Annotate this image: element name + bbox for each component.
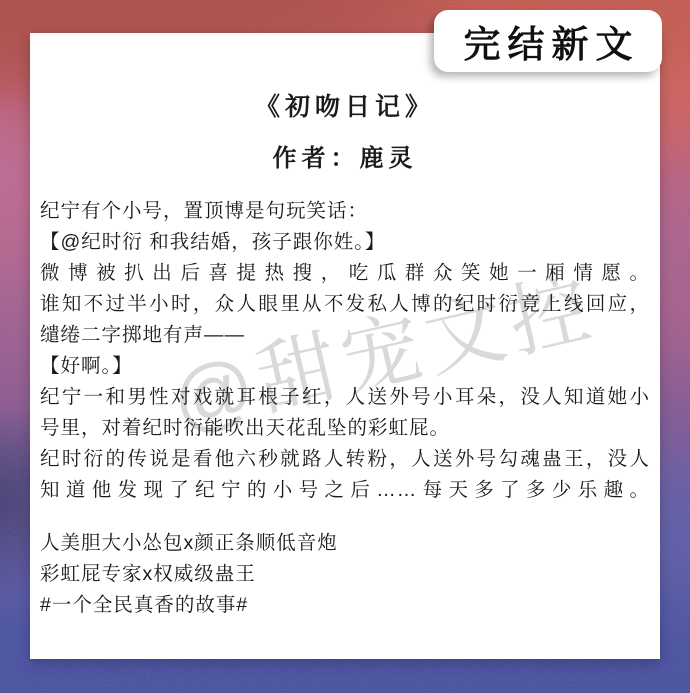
body-line: 谁知不过半小时，众人眼里从不发私人博的纪时衍竟上线回应， xyxy=(40,289,650,320)
body-line: 纪时衍的传说是看他六秒就路人转粉，人送外号勾魂蛊王，没人 xyxy=(40,444,650,475)
status-badge: 完结新文 xyxy=(434,10,662,72)
body-line: 纪宁一和男性对戏就耳根子红，人送外号小耳朵，没人知道她小 xyxy=(40,382,650,413)
tag-lines: 人美胆大小怂包x颜正条顺低音炮彩虹屁专家x权威级蛊王#一个全民真香的故事# xyxy=(40,528,650,621)
body-line: 知道他发现了纪宁的小号之后……每天多了多少乐趣。 xyxy=(40,475,650,506)
body-text: 纪宁有个小号，置顶博是句玩笑话：【@纪时衍 和我结婚，孩子跟你姓。】微博被扒出后… xyxy=(40,196,650,506)
body-line: 号里，对着纪时衍能吹出天花乱坠的彩虹屁。 xyxy=(40,413,650,444)
body-line: 【@纪时衍 和我结婚，孩子跟你姓。】 xyxy=(40,227,650,258)
tag-line: 人美胆大小怂包x颜正条顺低音炮 xyxy=(40,528,650,559)
book-author: 作者：鹿灵 xyxy=(40,138,650,173)
body-line: 【好啊。】 xyxy=(40,351,650,382)
story-card-content: 《初吻日记》 作者：鹿灵 纪宁有个小号，置顶博是句玩笑话：【@纪时衍 和我结婚，… xyxy=(30,33,660,659)
story-card: @甜宠文控 《初吻日记》 作者：鹿灵 纪宁有个小号，置顶博是句玩笑话：【@纪时衍… xyxy=(30,33,660,659)
body-line: 微博被扒出后喜提热搜，吃瓜群众笑她一厢情愿。 xyxy=(40,258,650,289)
status-badge-label: 完结新文 xyxy=(457,14,640,68)
tag-line: 彩虹屁专家x权威级蛊王 xyxy=(40,559,650,590)
promo-image: @甜宠文控 《初吻日记》 作者：鹿灵 纪宁有个小号，置顶博是句玩笑话：【@纪时衍… xyxy=(0,0,690,693)
body-line: 缱绻二字掷地有声—— xyxy=(40,320,650,351)
body-line: 纪宁有个小号，置顶博是句玩笑话： xyxy=(40,196,650,227)
tag-line: #一个全民真香的故事# xyxy=(40,590,650,621)
